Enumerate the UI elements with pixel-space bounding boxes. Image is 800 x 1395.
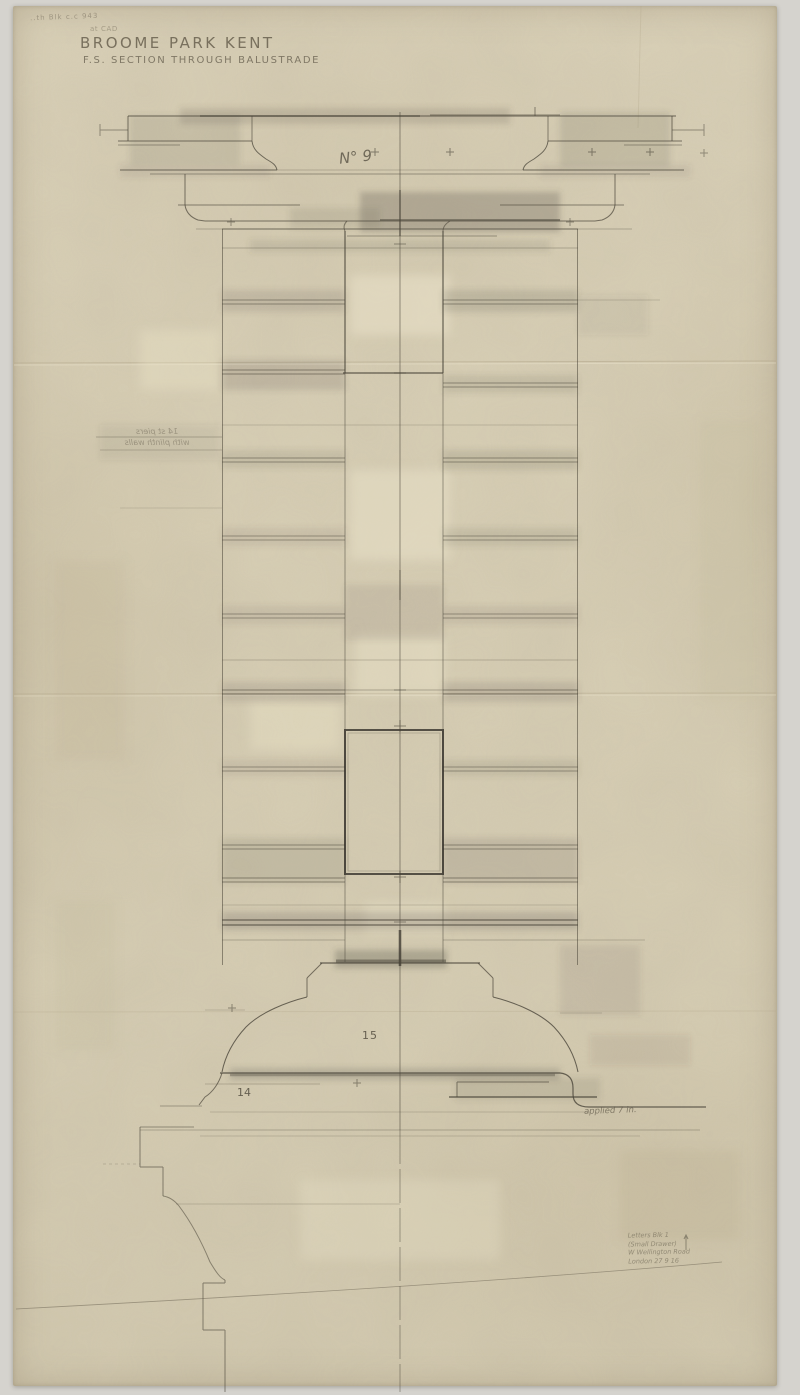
bottom-right-stamp: Letters Blk 1 (Small Drawer) W Wellingto… [628, 1230, 690, 1265]
part-label-15: 15 [362, 1029, 378, 1042]
stamp-line3: W Wellington Road [628, 1248, 690, 1258]
sheet-title: BROOME PARK KENT [80, 34, 275, 52]
stamp-line4: London 27 9 16 [628, 1256, 690, 1266]
mirrored-note-line2: with plinth walls [98, 437, 216, 448]
drawing-number: N° 9 [338, 146, 373, 167]
sheet-subtitle: F.S. SECTION THROUGH BALUSTRADE [83, 55, 320, 66]
mirrored-note-line1: 14 st piers [98, 426, 216, 437]
part-label-14: 14 [237, 1086, 251, 1099]
drawing-svg [0, 0, 800, 1395]
scanned-drawing-sheet: ..th Blk c.c 943 at CAD BROOME PARK KENT… [0, 0, 800, 1395]
base-right-note: applied 7 in. [584, 1105, 637, 1117]
mirrored-offset-note: 14 st piers with plinth walls [98, 426, 216, 448]
top-left-pencil-note-line2: at CAD [90, 25, 118, 33]
